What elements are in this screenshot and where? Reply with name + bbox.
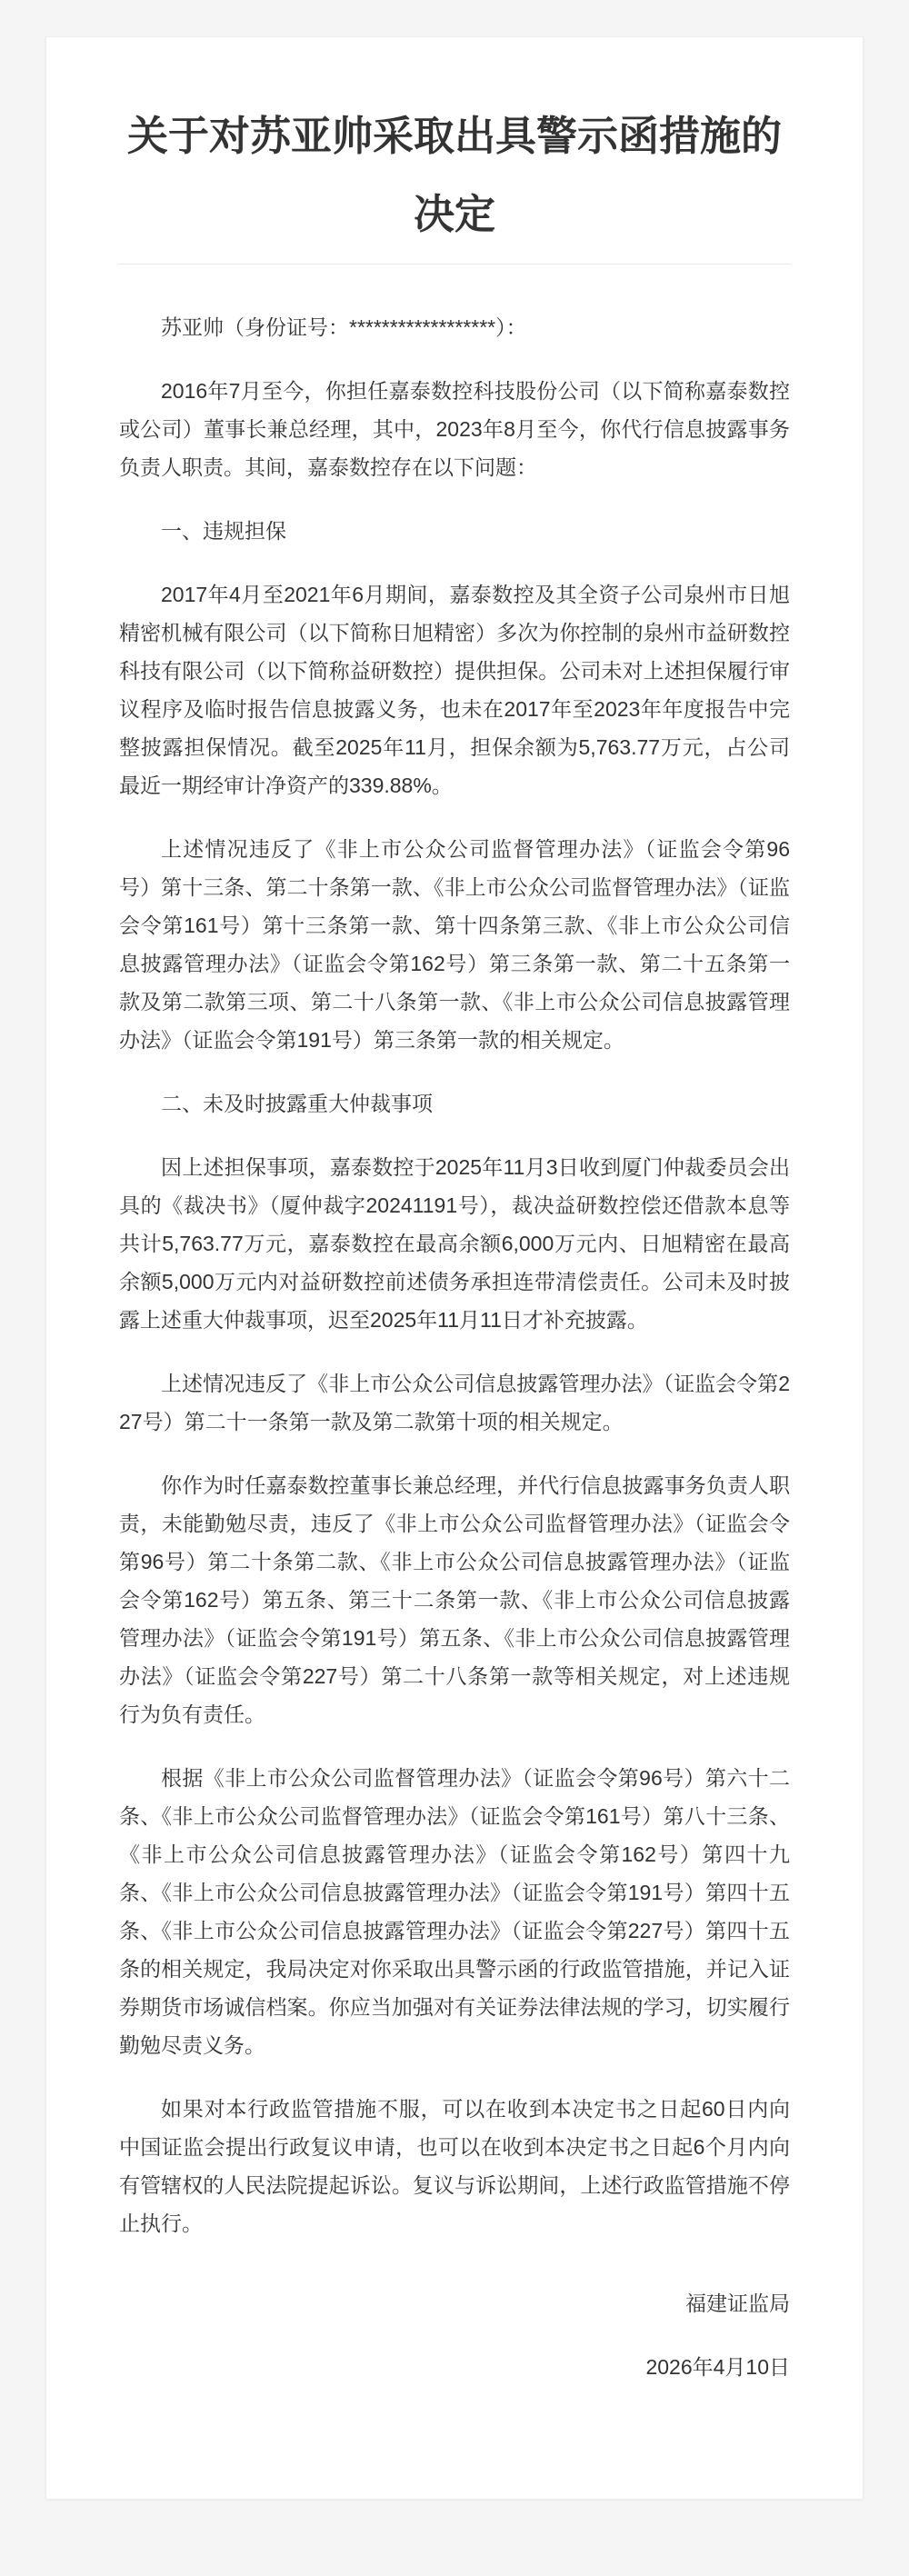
issue-date: 2026年4月10日	[119, 2348, 790, 2386]
responsibility-paragraph: 你作为时任嘉泰数控董事长兼总经理，并代行信息披露事务负责人职责，未能勤勉尽责，违…	[119, 1466, 790, 1733]
document-body: 苏亚帅（身份证号：******************）： 2016年7月至今，…	[119, 308, 790, 2386]
section-1-paragraph: 上述情况违反了《非上市公众公司监督管理办法》（证监会令第96号）第十三条、第二十…	[119, 830, 790, 1059]
salutation: 苏亚帅（身份证号：******************）：	[119, 308, 790, 346]
section-2-paragraph: 因上述担保事项，嘉泰数控于2025年11月3日收到厦门仲裁委员会出具的《裁决书》…	[119, 1148, 790, 1339]
document-card: 关于对苏亚帅采取出具警示函措施的决定 苏亚帅（身份证号：************…	[45, 36, 864, 2500]
decision-paragraph: 根据《非上市公众公司监督管理办法》（证监会令第96号）第六十二条、《非上市公众公…	[119, 1759, 790, 2064]
title-divider	[119, 264, 790, 265]
issuer-signature: 福建证监局	[119, 2284, 790, 2322]
section-1-heading: 一、违规担保	[119, 512, 790, 550]
page-title: 关于对苏亚帅采取出具警示函措施的决定	[119, 97, 790, 253]
section-2-paragraph: 上述情况违反了《非上市公众公司信息披露管理办法》（证监会令第227号）第二十一条…	[119, 1364, 790, 1441]
appeal-paragraph: 如果对本行政监管措施不服，可以在收到本决定书之日起60日内向中国证监会提出行政复…	[119, 2090, 790, 2242]
page-background: { "theme": { "page_bg": "#f5f5f6", "card…	[0, 36, 909, 2576]
section-1-paragraph: 2017年4月至2021年6月期间，嘉泰数控及其全资子公司泉州市日旭精密机械有限…	[119, 575, 790, 804]
section-2-heading: 二、未及时披露重大仲裁事项	[119, 1084, 790, 1123]
intro-paragraph: 2016年7月至今，你担任嘉泰数控科技股份公司（以下简称嘉泰数控或公司）董事长兼…	[119, 372, 790, 486]
